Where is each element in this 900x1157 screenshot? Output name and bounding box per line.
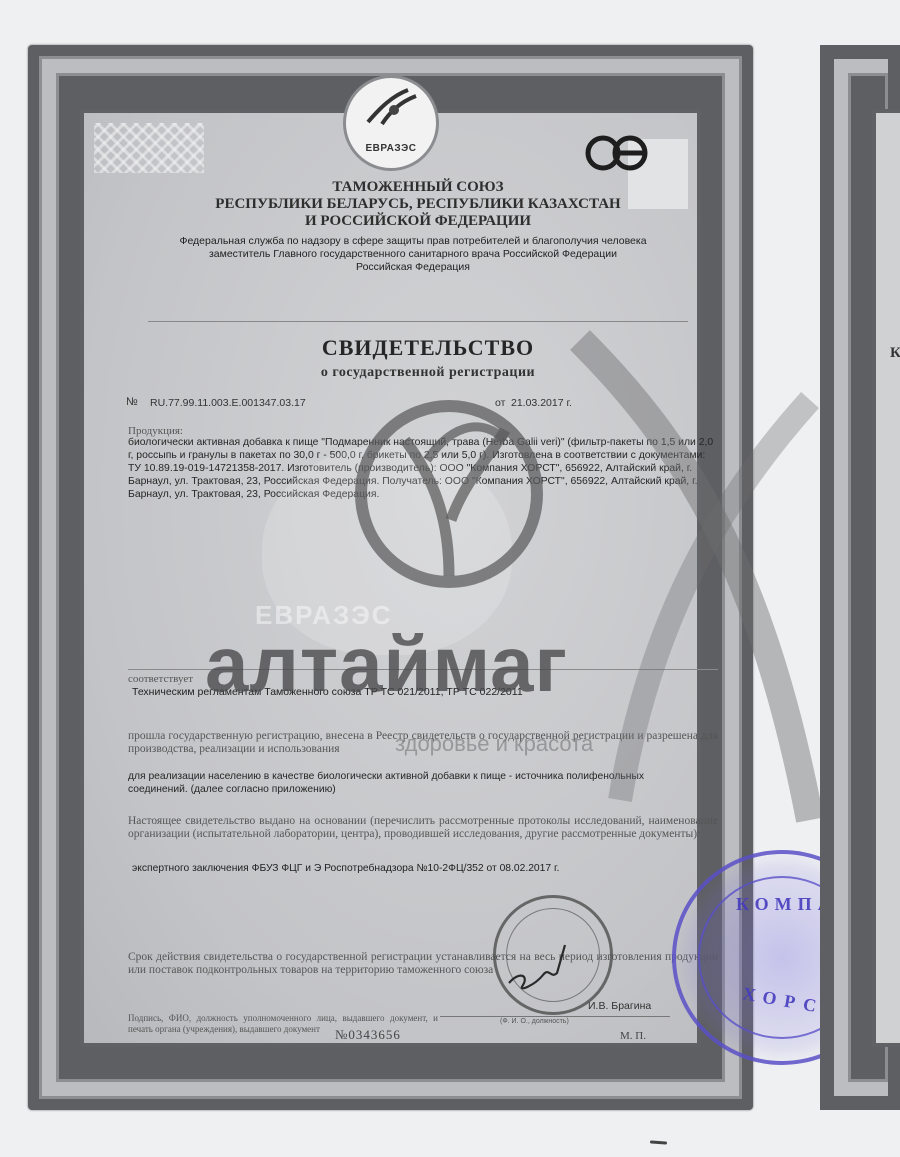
- signature-line: [440, 1016, 670, 1017]
- watermark-brand: алтаймаг: [205, 625, 568, 703]
- scan-mark: [650, 1140, 667, 1144]
- adjacent-letter: К: [890, 345, 900, 362]
- seal-place-label: М. П.: [620, 1030, 646, 1042]
- form-serial-number: №0343656: [335, 1027, 401, 1043]
- watermark-swirl-icon: [560, 320, 820, 840]
- registration-number: RU.77.99.11.003.Е.001347.03.17: [150, 397, 306, 409]
- sanitary-mark-icon: [583, 133, 653, 173]
- conformity-label: соответствует: [128, 673, 193, 685]
- validity-period: Срок действия свидетельства о государств…: [128, 951, 718, 977]
- authority-line: заместитель Главного государственного са…: [88, 248, 738, 261]
- adjacent-field: [876, 113, 900, 1043]
- fio-caption: (Ф. И. О., должность): [500, 1018, 569, 1025]
- customs-union-heading: ТАМОЖЕННЫЙ СОЮЗ РЕСПУБЛИКИ БЕЛАРУСЬ, РЕС…: [168, 179, 668, 230]
- union-line: РЕСПУБЛИКИ БЕЛАРУСЬ, РЕСПУБЛИКИ КАЗАХСТА…: [168, 196, 668, 213]
- watermark-leaf-icon: [355, 400, 543, 588]
- signer-name: И.В. Брагина: [588, 1000, 651, 1012]
- union-line: ТАМОЖЕННЫЙ СОЮЗ: [168, 179, 668, 196]
- emblem-label: ЕВРАЗЭС: [365, 143, 416, 154]
- guilloche-pattern-left: [94, 123, 204, 173]
- eurasec-logo-icon: [364, 88, 418, 128]
- eurasec-emblem: ЕВРАЗЭС: [343, 75, 439, 171]
- authority-line: Российская Федерация: [88, 261, 738, 274]
- signature-icon: [505, 935, 585, 995]
- adjacent-certificate: К ОВЕИСТОИОВ: [820, 45, 900, 1110]
- union-line: И РОССИЙСКОЙ ФЕДЕРАЦИИ: [168, 213, 668, 230]
- expert-conclusion: экспертного заключения ФБУЗ ФЦГ и Э Росп…: [132, 863, 559, 874]
- number-label: №: [126, 396, 138, 408]
- watermark-tagline: здоровье и красота: [395, 731, 593, 757]
- authority-line: Федеральная служба по надзору в сфере за…: [88, 235, 738, 248]
- issuing-authority: Федеральная служба по надзору в сфере за…: [88, 235, 738, 274]
